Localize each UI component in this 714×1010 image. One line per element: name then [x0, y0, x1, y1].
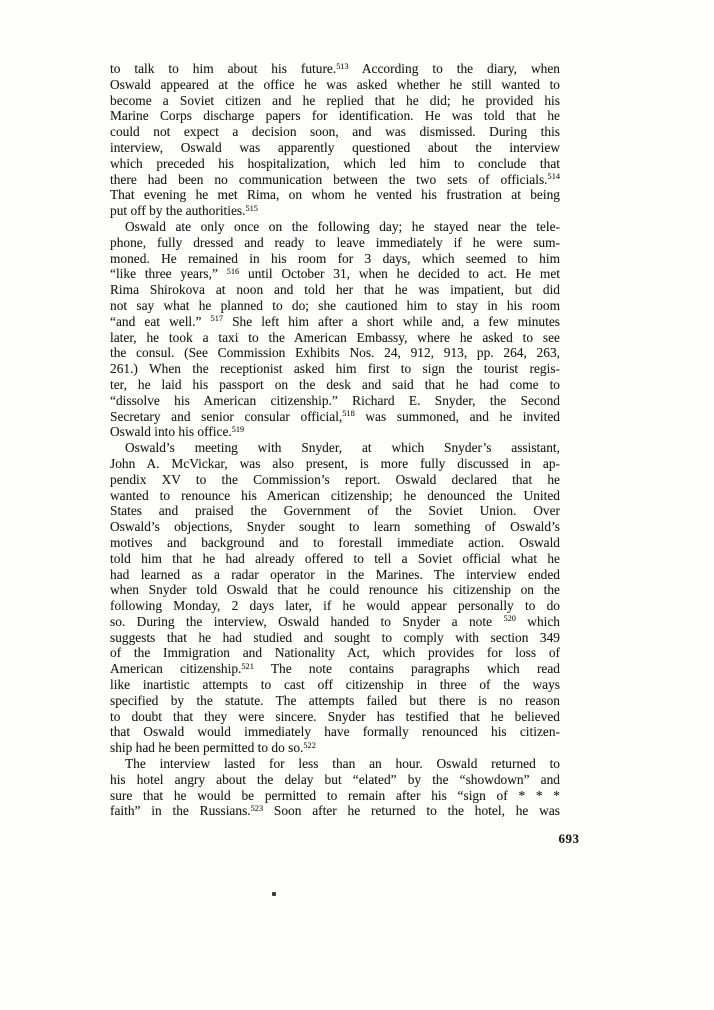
text-line: not say what he planned to do; she cauti… [110, 298, 560, 314]
text-line: his hotel angry about the delay but “ela… [110, 772, 560, 788]
footnote-reference: 522 [303, 741, 315, 750]
text-line: following Monday, 2 days later, if he wo… [110, 598, 560, 614]
text-line: like inartistic attempts to cast off cit… [110, 677, 560, 693]
text-line: there had been no communication between … [110, 172, 560, 188]
text-line: Marine Corps discharge papers for identi… [110, 108, 560, 124]
footnote-reference: 514 [548, 172, 560, 181]
footnote-reference: 513 [336, 62, 348, 71]
document-page: to talk to him about his future.513 Acco… [0, 0, 714, 1010]
text-line: pendix XV to the Commission’s report. Os… [110, 472, 560, 488]
text-line: wanted to renounce his American citizens… [110, 488, 560, 504]
page-number: 693 [557, 831, 581, 847]
text-line: “dissolve his American citizenship.” Ric… [110, 393, 560, 409]
text-line: Oswald into his office.519 [110, 424, 560, 440]
text-line: Oswald’s objections, Snyder sought to le… [110, 519, 560, 535]
footnote-reference: 515 [246, 204, 258, 213]
text-line: which preceded his hospitalization, whic… [110, 156, 560, 172]
paragraph: The interview lasted for less than an ho… [110, 756, 560, 819]
text-line: to doubt that they were sincere. Snyder … [110, 709, 560, 725]
text-line: phone, fully dressed and ready to leave … [110, 235, 560, 251]
text-line: told him that he had already offered to … [110, 551, 560, 567]
footnote-reference: 520 [503, 614, 515, 623]
text-line: 261.) When the receptionist asked him fi… [110, 361, 560, 377]
footnote-reference: 519 [232, 425, 244, 434]
text-line: John A. McVickar, was also present, is m… [110, 456, 560, 472]
text-line: Secretary and senior consular official,5… [110, 409, 560, 425]
text-line: suggests that he had studied and sought … [110, 630, 560, 646]
text-line: Oswald appeared at the office he was ask… [110, 77, 560, 93]
text-line: That evening he met Rima, on whom he ven… [110, 187, 560, 203]
text-line: States and praised the Government of the… [110, 503, 560, 519]
text-line: “like three years,” 516 until October 31… [110, 266, 560, 282]
text-line: to talk to him about his future.513 Acco… [110, 61, 560, 77]
text-line: become a Soviet citizen and he replied t… [110, 93, 560, 109]
text-line: Oswald’s meeting with Snyder, at which S… [110, 440, 560, 456]
text-line: ter, he laid his passport on the desk an… [110, 377, 560, 393]
footnote-reference: 523 [251, 804, 263, 813]
text-line: sure that he would be permitted to remai… [110, 788, 560, 804]
text-line: could not expect a decision soon, and wa… [110, 124, 560, 140]
text-line: interview, Oswald was apparently questio… [110, 140, 560, 156]
text-line: of the Immigration and Nationality Act, … [110, 645, 560, 661]
text-line: Oswald ate only once on the following da… [110, 219, 560, 235]
footnote-reference: 517 [211, 314, 223, 323]
text-line: American citizenship.521 The note contai… [110, 661, 560, 677]
text-line: that Oswald would immediately have forma… [110, 724, 560, 740]
paragraph: Oswald ate only once on the following da… [110, 219, 560, 440]
text-line: The interview lasted for less than an ho… [110, 756, 560, 772]
footnote-reference: 518 [342, 409, 354, 418]
text-line: “and eat well.” 517 She left him after a… [110, 314, 560, 330]
text-line: so. During the interview, Oswald handed … [110, 614, 560, 630]
text-block: to talk to him about his future.513 Acco… [110, 61, 560, 819]
text-line: the consul. (See Commission Exhibits Nos… [110, 345, 560, 361]
footnote-reference: 516 [227, 267, 239, 276]
footnote-reference: 521 [241, 662, 253, 671]
text-line: later, he took a taxi to the American Em… [110, 330, 560, 346]
text-line: put off by the authorities.515 [110, 203, 560, 219]
text-line: when Snyder told Oswald that he could re… [110, 582, 560, 598]
text-line: ship had he been permitted to do so.522 [110, 740, 560, 756]
text-line: faith” in the Russians.523 Soon after he… [110, 803, 560, 819]
ink-speck [272, 892, 276, 896]
text-line: specified by the statute. The attempts f… [110, 693, 560, 709]
text-line: moned. He remained in his room for 3 day… [110, 251, 560, 267]
paragraph: to talk to him about his future.513 Acco… [110, 61, 560, 219]
paragraph: Oswald’s meeting with Snyder, at which S… [110, 440, 560, 756]
text-line: had learned as a radar operator in the M… [110, 567, 560, 583]
text-line: Rima Shirokova at noon and told her that… [110, 282, 560, 298]
text-line: motives and background and to forestall … [110, 535, 560, 551]
